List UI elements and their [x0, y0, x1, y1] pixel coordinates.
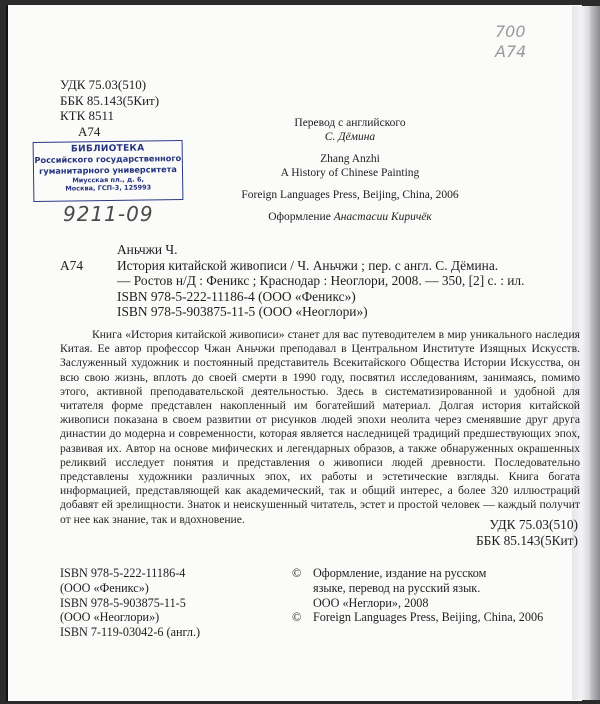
call-number-line: 700 [495, 22, 526, 42]
design-credit: Оформление Анастасии Киричёк [248, 210, 452, 224]
design-label: Оформление [268, 211, 331, 223]
isbn-list: ISBN 978-5-222-11186-4 (ООО «Феникс») IS… [60, 566, 200, 640]
author-heading: Аньчжи Ч. [60, 242, 524, 258]
copyright-line: языке, перевод на русский язык. [313, 581, 480, 596]
translation-label: Перевод с английского [248, 116, 452, 130]
catalog-imprint-line: — Ростов н/Д : Феникс ; Краснодар : Неог… [60, 273, 524, 289]
bbk-code: ББК 85.143(5Кит) [60, 93, 159, 109]
isbn-line: (ООО «Неоглори») [60, 610, 200, 625]
page-edge-shadow [590, 6, 600, 700]
bottom-codes: УДК 75.03(510) ББК 85.143(5Кит) [476, 517, 578, 548]
copyright-line: ООО «Неглори», 2008 [313, 596, 429, 611]
stamp-line: Москва, ГСП-3, 125993 [34, 183, 182, 193]
copyright-line: Foreign Languages Press, Beijing, China,… [313, 610, 543, 625]
copyright-icon: © [292, 566, 313, 581]
original-title: A History of Chinese Painting [248, 166, 452, 180]
catalog-entry: Аньчжи Ч. А74 История китайской живописи… [60, 242, 524, 320]
handwritten-call-number: 700 А74 [495, 22, 526, 62]
original-author: Zhang Anzhi [248, 152, 452, 166]
isbn-line: ISBN 978-5-222-11186-4 [60, 566, 200, 581]
book-abstract: Книга «История китайской живописи» стане… [60, 328, 580, 527]
catalog-title-line: История китайской живописи / Ч. Аньчжи ;… [117, 258, 498, 274]
author-sign: А74 [60, 124, 159, 140]
udk-code: УДК 75.03(510) [60, 77, 159, 93]
translation-credits: Перевод с английского С. Дёмина Zhang An… [248, 116, 452, 224]
copyright-block: © Оформление, издание на русском языке, … [292, 566, 543, 625]
isbn-line: ISBN 7-119-03042-6 (англ.) [60, 625, 200, 640]
original-publisher: Foreign Languages Press, Beijing, China,… [208, 188, 492, 202]
udk-code: УДК 75.03(510) [476, 517, 578, 533]
catalog-isbn: ISBN 978-5-222-11186-4 (ООО «Феникс») [60, 289, 524, 305]
library-stamp: БИБЛИОТЕКА Российского государственного … [33, 140, 184, 202]
isbn-line: ISBN 978-5-903875-11-5 [60, 596, 200, 611]
library-codes: УДК 75.03(510) ББК 85.143(5Кит) КТК 8511… [60, 77, 159, 139]
designer-name: Анастасии Киричёк [334, 211, 432, 223]
call-number-line: А74 [495, 42, 526, 62]
catalog-isbn: ISBN 978-5-903875-11-5 (ООО «Неоглори») [60, 304, 524, 320]
ktk-code: КТК 8511 [60, 108, 159, 124]
translator-name: С. Дёмина [248, 130, 452, 144]
isbn-line: (ООО «Феникс») [60, 581, 200, 596]
copyright-line: Оформление, издание на русском [313, 566, 486, 581]
copyright-icon: © [292, 610, 313, 625]
catalog-code: А74 [60, 258, 117, 274]
bbk-code: ББК 85.143(5Кит) [476, 533, 578, 549]
handwritten-inventory-number: 9211-09 [63, 202, 154, 226]
